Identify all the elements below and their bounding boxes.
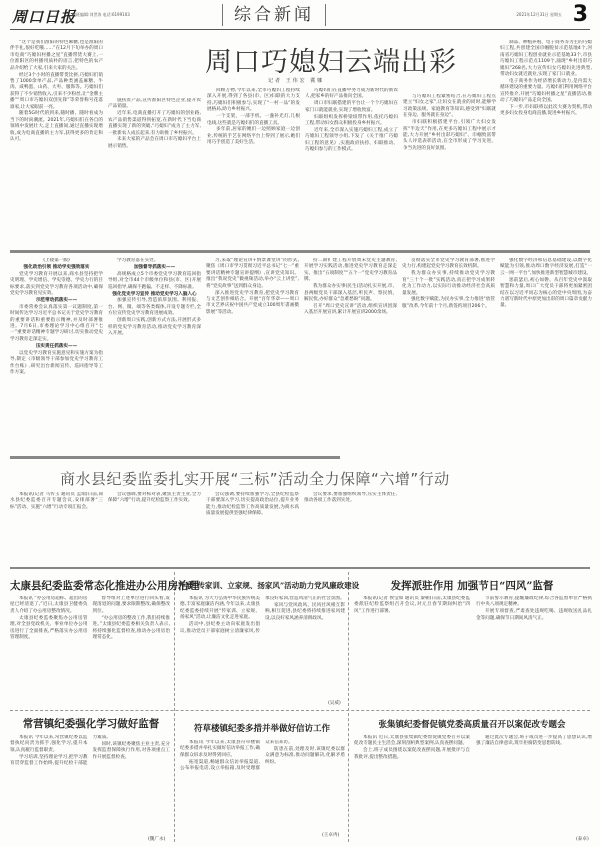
study-article-col-5: 贯彻落实全市党史学习教育部署,推进学史力行,构建起党史学习教育长效机制。 我为群… — [402, 258, 495, 453]
paragraph: “这个是我们淮阳的特色麻糖,也是淮阳的伴手礼,很好吃哦……”在12月下旬举办的周… — [10, 40, 103, 72]
paragraph: 本报讯(记者 马传玉 通讯员 孟瑞)日前,商水县纪委监委召开专题会议,安排部署“… — [10, 492, 103, 511]
article-author: (泰卓) — [576, 836, 589, 842]
paragraph: 持二期扩建工程开放周末党史主题教育,开展学习实践活动,推进党史学习教育走深走实。… — [304, 258, 397, 284]
paragraph: 市妇联积极搭建平台,引领广大妇女发挥“半边天”作用,在更多巧媳妇工程中展示才能,… — [403, 120, 496, 152]
shangshui-col-3: 会议强调,要持续加强学习,全县纪检监察干部要深入学习,切实提高政治站位,提升业务… — [206, 492, 299, 564]
subheading: 强化政治引领 推动学史强效落实 — [10, 265, 103, 271]
article-body: 本报讯 为大力弘扬中华民族传统美德,丰富家庭廉洁内涵,今年以来,太康县纪委监委持… — [180, 596, 345, 700]
paragraph: 我为群众办实事(民生)活动扎实开展,市、县两级党员干部深入基层,听民声、察民情、… — [304, 284, 397, 303]
lead-article-col-4: 巧媳妇们在直播中努力成为新时代的新农人,把家乡的好产品推向全国。 周口市妇联搭建… — [305, 88, 398, 248]
paragraph: 与巧媳妇工程紧密结合,在巧媳妇工程点建立“妇女之家”,让妇女在就业的同时,能够学… — [403, 94, 496, 120]
paragraph: 会上,班子成员围绕以案促改查摆问题,开展批评与自我批评,提出整改措施。 — [354, 748, 470, 761]
article-author: (魏广永) — [148, 836, 165, 842]
paragraph: 妇联组织发挥桥梁纽带作用,依托巧媳妇工程,带动妇女群众积极投身乡村振兴。 — [305, 115, 398, 128]
paragraph: 下一步,市妇联将以此次大赛为契机,带动更多妇女投身电商直播,促进乡村振兴。 — [500, 105, 592, 118]
paragraph: 未来大家的产品会在周口市巧媳妇平台上展示销售。 — [108, 137, 201, 150]
paragraph: 会议强调,要持续加强学习,全县纪检监察干部要深入学习,切实提高政治站位,提升业务… — [206, 492, 299, 518]
article-headline: 开展“传家训、立家规、扬家风”活动助力党风廉政建设 — [178, 580, 346, 591]
paragraph: 回顾万物,今年以来,全市巧媳妇工程持续深入开展,得到了各县(市、区)妇联的大力支… — [207, 88, 300, 114]
section-title: 综合新闻 — [222, 4, 326, 26]
study-article-col-2: 学习教育落在实处。 加强督导抓落实—— 高规格成立5个市委党史学习教育巡回指导组… — [108, 258, 201, 453]
paragraph: 通过此次专题会,班子成员进一步提高了思想认识,增强了廉洁自律意识,筑牢拒腐防变思… — [476, 735, 592, 748]
page-number: 3 — [573, 2, 588, 27]
paragraph: 贯彻落实全市党史学习教育部署,推进学史力行,构建起党史学习教育长效机制。 — [402, 258, 495, 271]
paragraph: 习,采取“理论宣讲+情景课堂讲”的形式,聚焦《周口市学习贯彻习近平总书记“七一”… — [206, 258, 299, 290]
column-divider — [174, 572, 175, 842]
paragraph: 召开“周口党史宣讲”活动,组织宣讲团深入基层开展宣讲,累计开展宣讲2000余场。 — [304, 304, 397, 317]
section-divider — [10, 456, 340, 459]
article-headline: 常营镇纪委强化学习做好监督 — [10, 716, 172, 731]
paragraph: 我为群众办实事,持续推动党史学习教育“三十个一批”实践活动,真正把学习成果转化为… — [402, 271, 495, 297]
paragraph: 督导组对上述单位进行回头看,发现清退的问题,要求限期整改,确保整改到位。 — [93, 596, 171, 615]
paragraph: 近年来,电商直播打开了巧媳妇的创业路,农产品销售渠道得到拓宽,在新时代下当电商直… — [108, 111, 201, 137]
paragraph: 家风与党风政风、民风社风相互影响,相互促进,县纪委将持续推进家风建设,以良好家风… — [265, 603, 345, 622]
row-divider — [10, 710, 590, 711]
paragraph: 周口市妇联搭建的平台让一个个巧媳妇在家门口就能就业,实现了增收致富。 — [305, 101, 398, 114]
masthead: 周口日报 值班编辑:刘世涛 电话:6199103 综合新闻 2021年12月31… — [10, 0, 590, 30]
shangshui-headline: 商水县纪委监委扎实开展“三标”活动全力保障“六增”行动 — [60, 468, 450, 489]
subheading: 强化党史学习宣传 推动党史学习入脑入心 — [108, 292, 201, 298]
paper-name: 周口日报 — [12, 6, 76, 27]
article-author: (王卓冉) — [322, 832, 339, 838]
article-headline: 发挥派驻作用 加强节日“四风”监督 — [352, 578, 592, 593]
article-author: (吴威) — [328, 700, 341, 706]
paragraph: 高规格成立5个市委党史学习教育巡回指导组,对全市44个市级单位和县(市、区)开展… — [108, 272, 201, 291]
lead-article-col-5: 与巧媳妇工程紧密结合,在巧媳妇工程点建立“妇女之家”,让妇女在就业的同时,能够学… — [403, 94, 496, 248]
paragraph: 市委常委会认真落实第一议题制度,第一时间传达学习习近平总书记关于党史学习教育的重… — [10, 305, 103, 343]
paragraph: 防患在前,处理及时,该镇纪委以群众满意为标准,推动问题解决,化解矛盾纠纷。 — [265, 747, 345, 766]
paragraph: 同时,该镇纪委聚焦主业主责,充分发挥监督保障执行作用,对各项重点工作开展监督检查… — [93, 742, 171, 761]
section-divider — [10, 567, 590, 569]
study-article-col-4: 持二期扩建工程开放周末党史主题教育,开展学习实践活动,推进党史学习教育走深走实。… — [304, 258, 397, 453]
paragraph: 学习教育落在实处。 — [108, 258, 201, 264]
paragraph: 本报讯 为大力弘扬中华民族传统美德,丰富家庭廉洁内涵,今年以来,太康县纪委监委持… — [180, 596, 260, 622]
article-headline: 张集镇纪委督促镇党委高质量召开以案促改专题会 — [352, 718, 592, 730]
subheading: 压实责任抓落实—— — [10, 344, 103, 350]
paragraph: 节前警示教育,提醒廉政纪律,综合各监督单位严格执行中央八项规定精神。 — [476, 596, 592, 609]
lead-article-col-3: 回顾万物,今年以来,全市巧媳妇工程持续深入开展,得到了各县(市、区)妇联的大力支… — [207, 88, 300, 248]
lead-article-col-6: 制品、种植养殖、电子商务等为主的巧媳妇工程,共创建全国巾帼脱贫示范基地4个,河南… — [500, 40, 592, 248]
date-info: 2021年12月31日 星期五 — [516, 12, 562, 18]
paragraph: 经过3个小时的直播带货比拼,巧媳妇们销售了1000余单产品,产品种类涵盖麻糖、牛… — [10, 73, 103, 111]
article-body: 本报讯 今年以来,常营镇纪委以监督执纪问责为抓手,强化学习,提升本领,认真履行监… — [10, 735, 170, 835]
paragraph: 施扶贫产品,宣传淮阳区特色企业,提升农产品销量。 — [108, 98, 201, 111]
paragraph: 本报讯 今年以来,太康县符草楼镇纪委多措并举扎实做好信访举报工作,确保群众诉求及… — [180, 740, 260, 759]
paragraph: 加强宣传引导,营造浓厚氛围。利用报、台、网、微、端等各类媒体,开设专题专栏,全方… — [108, 298, 201, 317]
paragraph: 多年前,居家的她们一边照顾家庭一边创业,传统的手艺在网络平台上得到了展示,她们用… — [207, 127, 300, 146]
shangshui-col-1: 本报讯(记者 马传玉 通讯员 孟瑞)日前,商水县纪委监委召开专题会议,安排部署“… — [10, 492, 103, 564]
article-headline: 符草楼镇纪委多措并举做好信访工作 — [178, 722, 346, 734]
paragraph: 本报讯 “办公用房超标、超出的房屋已经清退了,”近日,太康县卫健委负责人介绍了办… — [10, 596, 88, 615]
paragraph: 巧媳妇们在直播中努力成为新时代的新农人,把家乡的好产品推向全国。 — [305, 88, 398, 101]
paragraph: 强化数字经济和信息基础建设,以数字化赋能为引领,推动周口数字经济发展,打造“一云… — [500, 258, 592, 277]
paragraph: 随着5G时代的到来,随时播、随时看成为当下的时尚潮流。2021年,巧媳妇们在各自… — [10, 111, 103, 143]
study-article-col-6: 强化数字经济和信息基础建设,以数字化赋能为引领,推动周口数字经济发展,打造“一云… — [500, 258, 592, 558]
paragraph: 创新周口实践,创新方式方法,开展形式多样的党史学习教育活动,推动党史学习教育深入… — [108, 318, 201, 337]
paragraph: 强化数字赋能,为民办实事,全力推进“放管服”改革,今年前十个月,新签约项目206… — [402, 297, 495, 310]
shangshui-col-4: 会议要求,要加强组织领导,压实主体责任,推动各项工作落到实处。 — [304, 492, 397, 564]
paragraph: 会议要求,要加强组织领导,压实主体责任,推动各项工作落到实处。 — [304, 492, 397, 505]
paragraph: 以党史学习教育实施意见和实施方案为指导,制定《市级领导干部参加党史学习教育工作台… — [10, 351, 103, 377]
paragraph: “办公用房的整改工作,我们持续推进。”太康县纪委监委相关负责人表示,将持续强化监… — [93, 616, 171, 642]
continued-label: (上接第一版) — [10, 258, 103, 264]
paragraph: 开展专项督查,严肃查处违规吃喝、违规收送礼品礼金等问题,确保节日期间风清气正。 — [476, 609, 592, 622]
paragraph: 惩前毖后,初心如磐。从百年党史中汲取智慧和力量,周口广大党员干部将更加紧密团结在… — [500, 278, 592, 310]
shangshui-col-2: 会议强调,要对标对表,聚焦主责主业,全力保障“六增”行动,提升纪检监察工作实效。 — [108, 492, 201, 564]
lead-article-col-1: “这个是我们淮阳的特色麻糖,也是淮阳的伴手礼,很好吃哦……”在12月下旬举办的周… — [10, 40, 103, 248]
paragraph: 会议强调,要对标对表,聚焦主责主业,全力保障“六增”行动,提升纪检监察工作实效。 — [108, 492, 201, 505]
paragraph: 本报讯(记者 侯莹如 通讯员 秦朝)日前,太康县纪委监委派驻纪检监察组召开会议,… — [354, 596, 470, 615]
article-body: 本报讯 近日,太康县张集镇纪委督促镇党委召开以案促改专题民主生活会,深刻剖析典型… — [354, 735, 592, 835]
column-divider — [348, 572, 349, 842]
section-divider — [10, 250, 590, 253]
article-body: 本报讯(记者 侯莹如 通讯员 秦朝)日前,太康县纪委监委派驻纪检监察组召开会议,… — [354, 596, 592, 708]
paragraph: 一个支架、一部手机、一盏补光灯,几根电线,这些就是巧媳妇们的直播工具。 — [207, 114, 300, 127]
paragraph: 电子商务作为经济增长新动力,是内需大循环建设的重要力量。巧媳妇们利用网络平台宣传… — [500, 79, 592, 105]
paragraph: 党史学习教育开展以来,商水县坚持把学史明理、学史增信、学史崇德、学史力行的目标要… — [10, 272, 103, 298]
paragraph: 制品、种植养殖、电子商务等为主的巧媳妇工程,共创建全国巾帼脱贫示范基地4个,河南… — [500, 40, 592, 78]
subheading: 示范带动抓落实—— — [10, 298, 103, 304]
article-body: 本报讯 今年以来,太康县符草楼镇纪委多措并举扎实做好信访举报工作,确保群众诉求及… — [180, 740, 345, 832]
paragraph: 本报讯 近日,太康县张集镇纪委督促镇党委召开以案促改专题民主生活会,深刻剖析典型… — [354, 735, 470, 748]
lead-article-col-2: 施扶贫产品,宣传淮阳区特色企业,提升农产品销量。 近年来,电商直播打开了巧媳妇的… — [108, 98, 201, 248]
paragraph: 近年来,全市深入实施巧媳妇工程,成立了巧媳妇工程领导小组,下发了《关于推广巧媳妇… — [305, 128, 398, 154]
paragraph: 本报讯 今年以来,常营镇纪委以监督执纪问责为抓手,强化学习,提升本领,认真履行监… — [10, 735, 88, 754]
article-headline: 太康县纪委监委常态化推进办公用房治理 — [10, 578, 172, 593]
paragraph: 深入推进党史学习教育,把党史学习教育与文艺创作相结合。开展“百年华章——周口市文… — [206, 291, 299, 317]
subheading: 加强督导抓落实—— — [108, 265, 201, 271]
lead-byline: 记者 王伟宏 冀娜 — [268, 77, 324, 84]
study-article-col-1: (上接第一版) 强化政治引领 推动学史强效落实 党史学习教育开展以来,商水县坚持… — [10, 258, 103, 453]
paragraph: 太康县纪委监委聚焦办公用房管理,对全县党政机关、事业单位办公用房进行了全面排查,… — [10, 616, 88, 642]
article-body: 本报讯 “办公用房超标、超出的房屋已经清退了,”近日,太康县卫健委负责人介绍了办… — [10, 596, 170, 708]
editor-info: 值班编辑:刘世涛 电话:6199103 — [72, 12, 130, 18]
lead-headline: 周口巧媳妇云端出彩 — [205, 40, 457, 79]
study-article-col-3: 习,采取“理论宣讲+情景课堂讲”的形式,聚焦《周口市学习贯彻习近平总书记“七一”… — [206, 258, 299, 453]
